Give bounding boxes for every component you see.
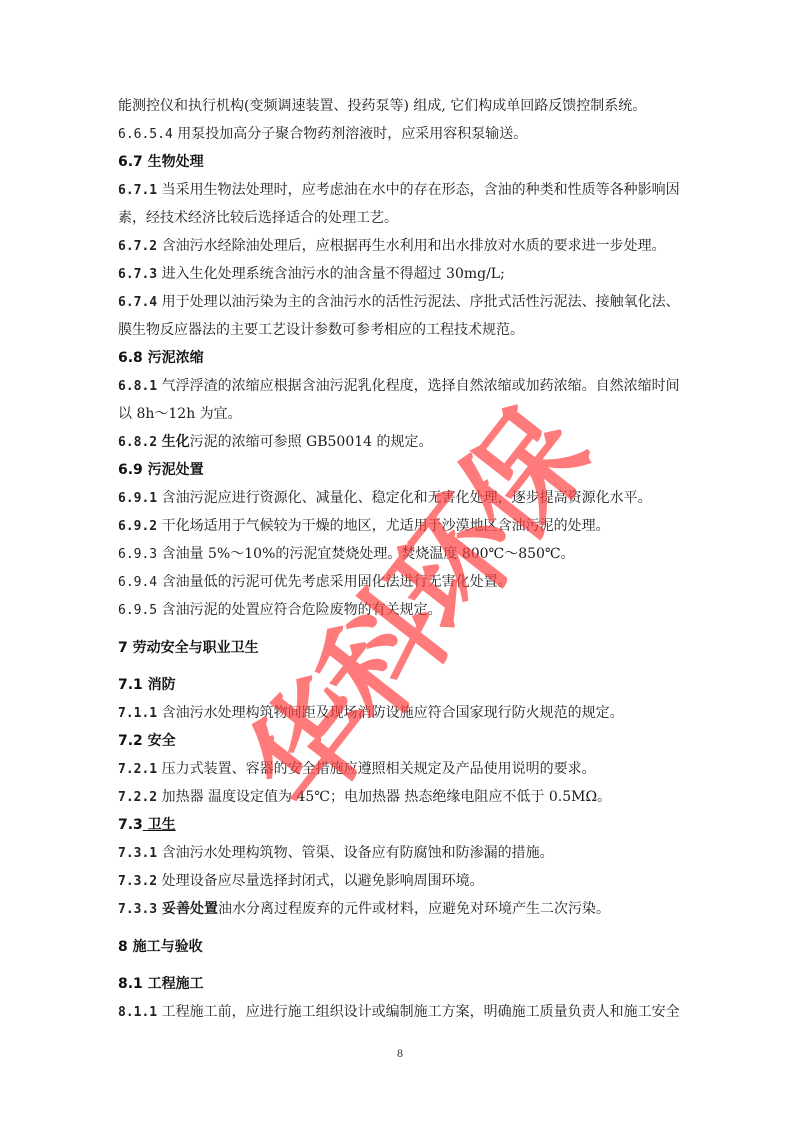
clause-number: 6.9.1	[118, 491, 157, 506]
section-heading-6-8: 6.8 污泥浓缩	[118, 349, 204, 367]
clause-6-7-1: 6.7.1 当采用生物法处理时，应考虑油在水中的存在形态，含油的种类和性质等各种…	[118, 181, 680, 200]
line-text: 素，经技术经济比较后选择适合的处理工艺。	[118, 210, 398, 226]
section-number: 7.1	[118, 677, 143, 693]
section-title: 污泥浓缩	[143, 350, 204, 366]
clause-text: 处理设备应尽量选择封闭式，以避免影响周围环境。	[157, 873, 483, 889]
clause-number: 6.7.1	[118, 183, 157, 198]
clause-number: 7.2.2	[118, 790, 157, 805]
chapter-number: 8	[118, 939, 128, 955]
line-text: 膜生物反应器法的主要工艺设计参数可参考相应的工程技术规范。	[118, 322, 524, 338]
clause-text: 压力式装置、容器的安全措施应遵照相关规定及产品使用说明的要求。	[157, 761, 595, 777]
clause-text: 加热器 温度设定值为 45℃；电加热器 热态绝缘电阻应不低于 0.5MΩ。	[157, 789, 611, 805]
section-title: 生物处理	[143, 154, 204, 170]
clause-number: 7.3.3	[118, 902, 157, 917]
clause-7-1-1: 7.1.1 含油污水处理构筑物间距及现场消防设施应符合国家现行防火规范的规定。	[118, 704, 624, 723]
clause-text: 含油污水处理构筑物、管渠、设备应有防腐蚀和防渗漏的措施。	[157, 845, 553, 861]
clause-number: 6.8.1	[118, 379, 157, 394]
clause-number: 8.1.1	[118, 1005, 157, 1020]
clause-6-7-2: 6.7.2 含油污水经除油处理后，应根据再生水利用和出水排放对水质的要求进一步处…	[118, 237, 666, 256]
section-heading-7-2: 7.2 安全	[118, 732, 176, 750]
chapter-title: 劳动安全与职业卫生	[128, 640, 259, 656]
section-title: 消防	[143, 677, 176, 693]
section-number: 6.8	[118, 350, 143, 366]
clause-text: 含油污水经除油处理后，应根据再生水利用和出水排放对水质的要求进一步处理。	[157, 238, 665, 254]
clause-text: 含油污泥应进行资源化、减量化、稳定化和无害化处理，逐步提高资源化水平。	[157, 490, 651, 506]
clause-6-9-4: 6.9.4 含油量低的污泥可优先考虑采用固化法进行无害化处置。	[118, 573, 512, 592]
section-number: 6.7	[118, 154, 143, 170]
clause-number: 7.1.1	[118, 706, 157, 721]
chapter-title: 施工与验收	[128, 939, 203, 955]
body-line: 能测控仪和执行机构(变频调速装置、投药泵等) 组成, 它们构成单回路反馈控制系统…	[118, 97, 646, 115]
document-page: 能测控仪和执行机构(变频调速装置、投药泵等) 组成, 它们构成单回路反馈控制系统…	[0, 0, 800, 1131]
clause-text: 含油量低的污泥可优先考虑采用固化法进行无害化处置。	[157, 574, 511, 590]
body-line: 以 8h～12h 为宜。	[118, 405, 242, 423]
clause-emphasis: 生化	[162, 434, 190, 450]
clause-7-3-1: 7.3.1 含油污水处理构筑物、管渠、设备应有防腐蚀和防渗漏的措施。	[118, 844, 554, 863]
line-text: 能测控仪和执行机构(变频调速装置、投药泵等) 组成, 它们构成单回路反馈控制系统…	[118, 98, 646, 114]
section-title: 安全	[143, 733, 176, 749]
clause-number: 6.7.2	[118, 239, 157, 254]
clause-text: 用泵投加高分子聚合物药剂溶液时，应采用容积泵输送。	[173, 126, 527, 142]
clause-text: 干化场适用于气候较为干燥的地区，尤适用于沙漠地区含油污泥的处理。	[157, 518, 609, 534]
section-title: 卫生	[143, 817, 176, 833]
clause-6-9-5: 6.9.5 含油污泥的处置应符合危险废物的有关规定。	[118, 601, 442, 620]
clause-6-8-1: 6.8.1 气浮浮渣的浓缩应根据含油污泥乳化程度，选择自然浓缩或加药浓缩。自然浓…	[118, 377, 680, 396]
clause-number: 6.7.4	[118, 295, 157, 310]
clause-text: 用于处理以油污染为主的含油污水的活性污泥法、序批式活性污泥法、接触氧化法、	[157, 294, 679, 310]
body-line: 膜生物反应器法的主要工艺设计参数可参考相应的工程技术规范。	[118, 321, 524, 339]
clause-6-9-2: 6.9.2 干化场适用于气候较为干燥的地区，尤适用于沙漠地区含油污泥的处理。	[118, 517, 610, 536]
clause-number: 6.9.4	[118, 575, 157, 590]
clause-text: 含油量 5%～10%的污泥宜焚烧处理。焚烧温度 800℃～850℃。	[157, 546, 574, 562]
section-heading-7-3: 7.3 卫生	[118, 816, 176, 834]
chapter-heading-8: 8 施工与验收	[118, 938, 203, 956]
body-line: 素，经技术经济比较后选择适合的处理工艺。	[118, 209, 398, 227]
clause-7-2-2: 7.2.2 加热器 温度设定值为 45℃；电加热器 热态绝缘电阻应不低于 0.5…	[118, 788, 611, 807]
clause-7-2-1: 7.2.1 压力式装置、容器的安全措施应遵照相关规定及产品使用说明的要求。	[118, 760, 596, 779]
section-heading-6-9: 6.9 污泥处置	[118, 461, 204, 479]
clause-6-7-3: 6.7.3 进入生化处理系统含油污水的油含量不得超过 30mg/L;	[118, 265, 505, 284]
clause-text: 工程施工前，应进行施工组织设计或编制施工方案，明确施工质量负责人和施工安全	[157, 1004, 679, 1020]
clause-7-3-3: 7.3.3 妥善处置油水分离过程废弃的元件或材料，应避免对环境产生二次污染。	[118, 900, 610, 919]
clause-6-6-5-4: 6.6.5.4 用泵投加高分子聚合物药剂溶液时，应采用容积泵输送。	[118, 125, 527, 144]
clause-number: 6.9.5	[118, 603, 157, 618]
clause-6-7-4: 6.7.4 用于处理以油污染为主的含油污水的活性污泥法、序批式活性污泥法、接触氧…	[118, 293, 680, 312]
clause-number: 6.9.2	[118, 519, 157, 534]
clause-text: 气浮浮渣的浓缩应根据含油污泥乳化程度，选择自然浓缩或加药浓缩。自然浓缩时间	[157, 378, 679, 394]
clause-number: 7.3.1	[118, 846, 157, 861]
clause-number: 6.7.3	[118, 267, 157, 282]
section-heading-6-7: 6.7 生物处理	[118, 153, 204, 171]
clause-number: 6.9.3	[118, 547, 157, 562]
clause-text: 含油污水处理构筑物间距及现场消防设施应符合国家现行防火规范的规定。	[157, 705, 623, 721]
chapter-heading-7: 7 劳动安全与职业卫生	[118, 639, 259, 657]
clause-number: 6.6.5.4	[118, 127, 173, 142]
clause-6-8-2: 6.8.2 生化污泥的浓缩可参照 GB50014 的规定。	[118, 433, 433, 452]
clause-8-1-1: 8.1.1 工程施工前，应进行施工组织设计或编制施工方案，明确施工质量负责人和施…	[118, 1003, 680, 1022]
clause-number: 7.2.1	[118, 762, 157, 777]
clause-text: 油水分离过程废弃的元件或材料，应避免对环境产生二次污染。	[218, 901, 610, 917]
clause-number: 7.3.2	[118, 874, 157, 889]
clause-6-9-1: 6.9.1 含油污泥应进行资源化、减量化、稳定化和无害化处理，逐步提高资源化水平…	[118, 489, 652, 508]
page-number: 8	[0, 1046, 800, 1061]
line-text: 以 8h～12h 为宜。	[118, 406, 242, 422]
clause-text: 当采用生物法处理时，应考虑油在水中的存在形态，含油的种类和性质等各种影响因	[157, 182, 679, 198]
clause-number: 6.8.2	[118, 435, 157, 450]
section-number: 7.3	[118, 817, 143, 833]
clause-emphasis: 妥善处置	[157, 901, 218, 917]
section-title: 工程施工	[143, 976, 204, 992]
section-title: 污泥处置	[143, 462, 204, 478]
section-number: 8.1	[118, 976, 143, 992]
clause-6-9-3: 6.9.3 含油量 5%～10%的污泥宜焚烧处理。焚烧温度 800℃～850℃。	[118, 545, 575, 564]
section-number: 6.9	[118, 462, 143, 478]
section-number: 7.2	[118, 733, 143, 749]
clause-text: 含油污泥的处置应符合危险废物的有关规定。	[157, 602, 441, 618]
clause-text: 污泥的浓缩可参照 GB50014 的规定。	[190, 434, 433, 450]
clause-text: 进入生化处理系统含油污水的油含量不得超过 30mg/L;	[157, 266, 505, 282]
section-heading-8-1: 8.1 工程施工	[118, 975, 204, 993]
chapter-number: 7	[118, 640, 128, 656]
section-heading-7-1: 7.1 消防	[118, 676, 176, 694]
clause-7-3-2: 7.3.2 处理设备应尽量选择封闭式，以避免影响周围环境。	[118, 872, 484, 891]
